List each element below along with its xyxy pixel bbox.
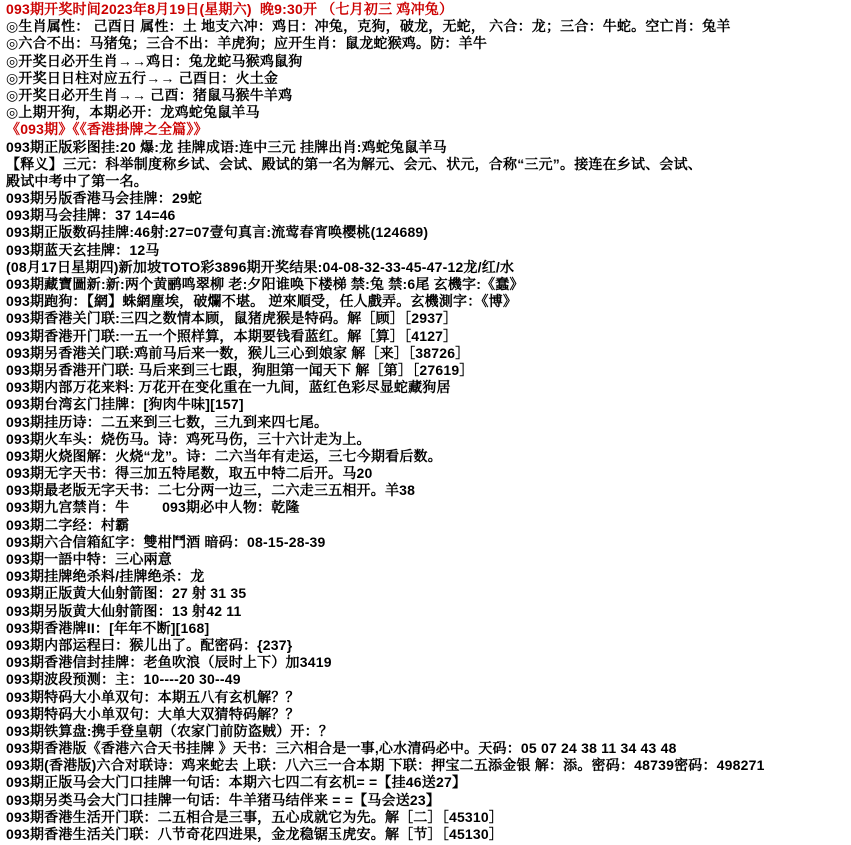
text-line: 093期香港信封挂牌：老鱼吹浪（辰时上下）加3419 [6,654,851,671]
text-line: ◎上期开狗，本期必开：龙鸡蛇兔鼠羊马 [6,104,851,121]
text-line: 093期挂历诗：二五来到三七数，三九到来四七尾。 [6,414,851,431]
text-line: 殿试中考中了第一名。 [6,173,851,190]
text-line: ◎六合不出：马猪兔；三合不出：羊虎狗；应开生肖：鼠龙蛇猴鸡。防：羊牛 [6,35,851,52]
text-line: 093期正版数码挂牌:46射:27=07壹句真言:流莺春宵唤樱桃(124689) [6,224,851,241]
text-line: 093期台湾玄门挂牌：[狗肉牛味][157] [6,396,851,413]
text-line: 093期火车头：烧伤马。诗：鸡死马伤，三十六计走为上。 [6,431,851,448]
text-line: 093期蓝天玄挂牌：12马 [6,242,851,259]
text-line: 093期六合信箱紅字：雙柑鬥酒 暗码：08-15-28-39 [6,534,851,551]
text-line: 093期另类马会大门口挂牌一句话：牛羊猪马结伴来 = =【马会送23】 [6,792,851,809]
highlight-title-line: 《093期》《《香港掛牌之全篇》》 [6,121,851,138]
text-line: 093期内部万花来料: 万花开在变化重在一九间，蓝红色彩尽显蛇藏狗居 [6,379,851,396]
text-line: 093期挂牌绝杀料/挂牌绝杀：龙 [6,568,851,585]
text-line: ◎开奖日必开生肖→→ 己酉：猪鼠马猴牛羊鸡 [6,87,851,104]
text-line: 093期九宫禁肖：牛 093期必中人物：乾隆 [6,499,851,516]
text-line: ◎开奖日日柱对应五行→→ 己酉日：火土金 [6,70,851,87]
text-line: 093期马会挂牌：37 14=46 [6,207,851,224]
text-line: 093期(香港版)六合对联诗：鸡来蛇去 上联：八六三一合本期 下联：押宝二五添金… [6,757,851,774]
text-line: 093期铁算盘:携手登皇朝（农家门前防盗贼）开：？ [6,723,851,740]
tips-text-content: 093期开奖时间2023年8月19日(星期六) 晚9:30开 （七月初三 鸡冲兔… [0,0,851,843]
text-line: 093期香港牌II：[年年不断][168] [6,620,851,637]
text-line: 093期香港开门联:一五一个照样算，本期要钱看蓝红。解［算］［4127］ [6,328,851,345]
text-line: 093期香港生活开门联：二五相合是三事，五心成就它为先。解［二］［45310］ [6,809,851,826]
text-line: 093期另版香港马会挂牌：29蛇 [6,190,851,207]
text-line: 093期香港版《香港六合天书挂牌 》天书：三六相合是一事,心水清码必中。天码：0… [6,740,851,757]
text-line: 093期另香港开门联: 马后来到三七跟，狗胆第一闻天下 解［第］［27619］ [6,362,851,379]
text-line: 093期藏寶圖新:新:两个黄鹂鸣翠柳 老:夕阳谁唤下楼梯 禁:兔 禁:6尾 玄機… [6,276,851,293]
text-line: 093期最老版无字天书：二七分两一边三，二六走三五相开。羊38 [6,482,851,499]
lottery-tips-page: { "page": { "background": "#ffffff", "te… [0,0,851,845]
text-line: 093期无字天书：得三加五特尾数，取五中特二后开。马20 [6,465,851,482]
text-line: ◎开奖日必开生肖→→鸡日：兔龙蛇马猴鸡鼠狗 [6,53,851,70]
text-line: 093期特码大小单双句：本期五八有玄机解？？ [6,689,851,706]
text-line: 093期跑狗：【網】蛛網塵埃，破爛不堪。 逆來順受，任人戲弄。玄機測字：《博》 [6,293,851,310]
text-line: 093期正版黄大仙射箭图：27 射 31 35 [6,585,851,602]
text-line: 093期波段预测：主：10----20 30--49 [6,671,851,688]
text-line: 093期火烧图解：火烧“龙”。诗：二六当年有走运，三七今期看后数。 [6,448,851,465]
text-line: 093期香港关门联:三四之数情本顾，鼠猪虎猴是特码。解［顾］［2937］ [6,310,851,327]
text-line: 093期二字经：村霸 [6,517,851,534]
text-line: 093期内部运程曰：猴儿出了。配密码：{237} [6,637,851,654]
highlight-title-line: 093期开奖时间2023年8月19日(星期六) 晚9:30开 （七月初三 鸡冲兔… [6,1,851,18]
text-line: 093期香港生活关门联：八节奇花四进果，金龙稳锯玉虎安。解［节］［45130］ [6,826,851,843]
text-line: 093期一語中特：三心兩意 [6,551,851,568]
text-line: 093期另版黄大仙射箭图：13 射42 11 [6,603,851,620]
text-line: 093期特码大小单双句：大单大双猜特码解？？ [6,706,851,723]
text-line: 【释义】三元：科举制度称乡试、会试、殿试的第一名为解元、会元、状元，合称“三元”… [6,156,851,173]
text-line: 093期正版彩图挂:20 爆:龙 挂牌成语:连中三元 挂牌出肖:鸡蛇兔鼠羊马 [6,139,851,156]
text-line: 093期另香港关门联:鸡前马后来一数，猴儿三心到娘家 解［来］［38726］ [6,345,851,362]
text-line: (08月17日星期四)新加坡TOTO彩3896期开奖结果:04-08-32-33… [6,259,851,276]
text-line: 093期正版马会大门口挂牌一句话：本期六七四二有玄机= =【挂46送27】 [6,774,851,791]
text-line: ◎生肖属性： 己酉日 属性：土 地支六冲：鸡日：冲兔，克狗，破龙，无蛇， 六合：… [6,18,851,35]
